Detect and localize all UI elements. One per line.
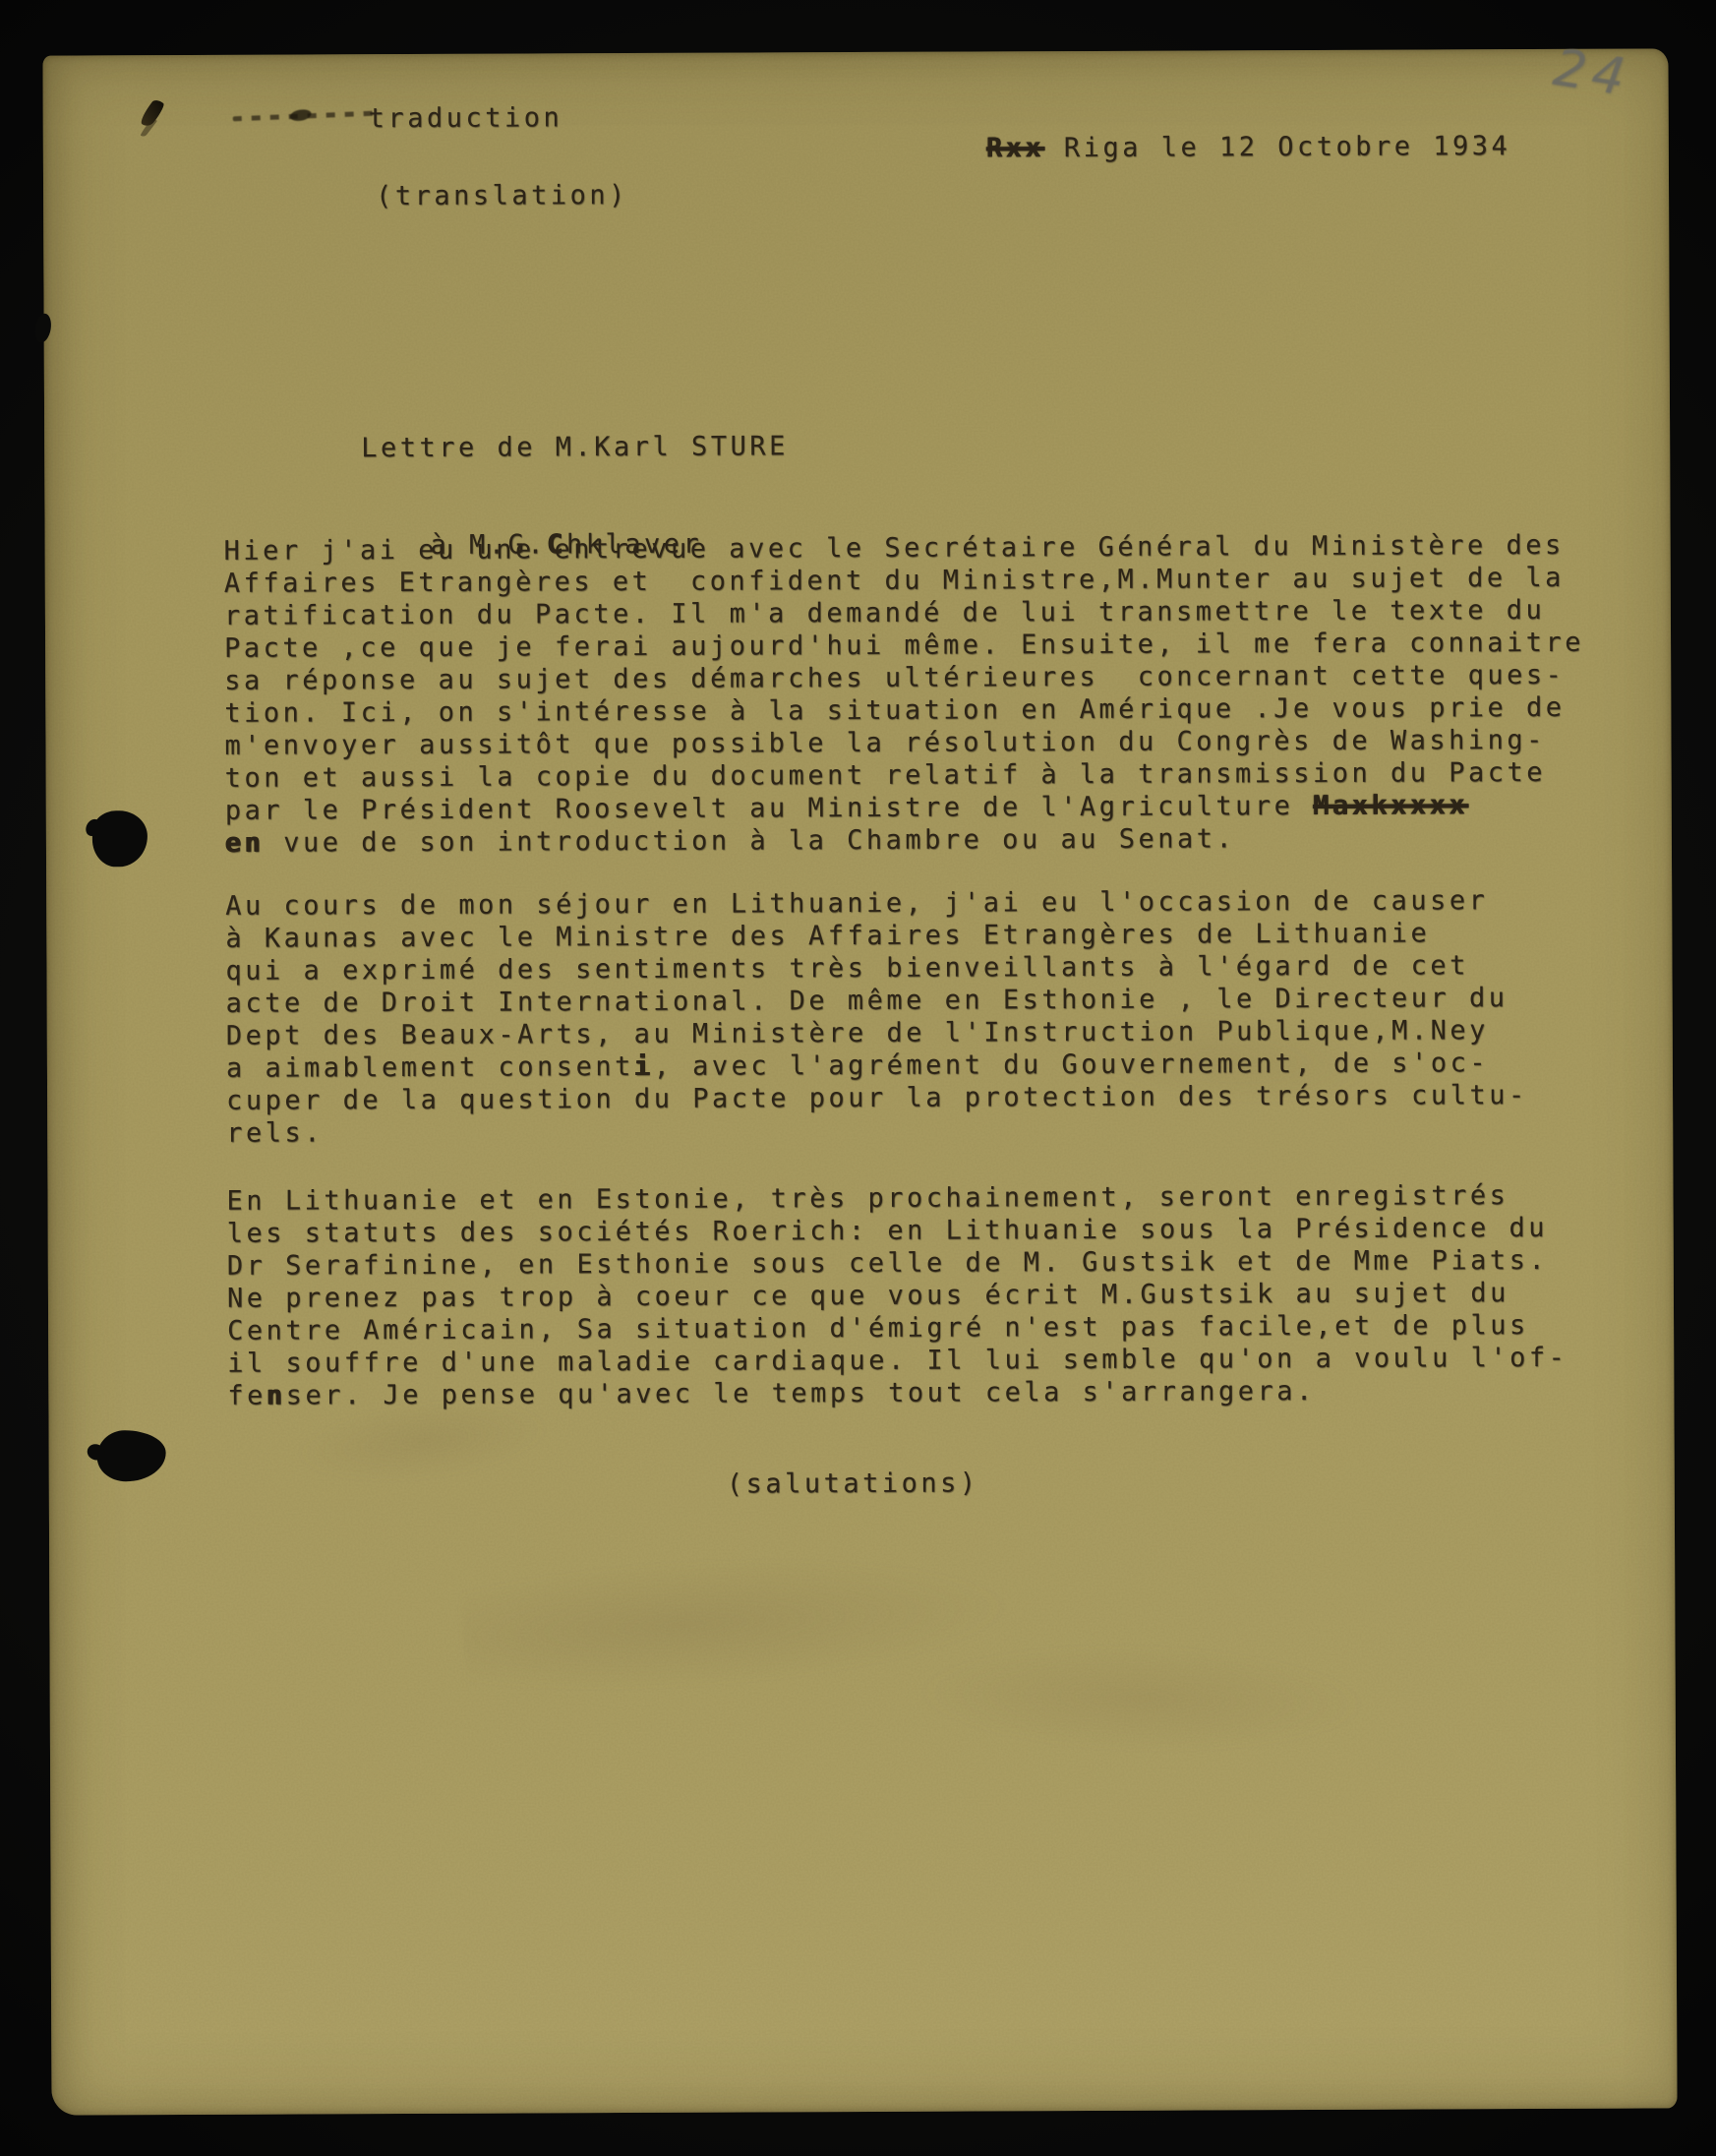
header-label-traduction: traduction: [369, 101, 563, 135]
struck-out-text: Maxkxxxx: [1313, 790, 1468, 821]
text-segment: Dept des Beaux-Arts, au Ministère de l'I…: [226, 1015, 1489, 1051]
text-segment: Hier j'ai eu une entrevue avec le Secrét…: [224, 530, 1565, 567]
text-segment: cuper de la question du Pacte pour la pr…: [226, 1080, 1528, 1116]
text-segment: par le Président Roosevelt au Ministre d…: [225, 791, 1313, 826]
text-segment: ratification du Pacte. Il m'a demandé de…: [224, 595, 1545, 631]
text-segment: tion. Ici, on s'intéresse à la situation…: [224, 692, 1565, 729]
dateline: Rxx Riga le 12 Octobre 1934: [986, 130, 1511, 164]
punch-hole-top: [92, 810, 148, 867]
text-line: par le Président Roosevelt au Ministre d…: [225, 789, 1585, 827]
text-segment: les statuts des sociétés Roerich: en Lit…: [227, 1213, 1548, 1249]
dateline-text: Riga le 12 Octobre 1934: [1044, 131, 1510, 163]
text-segment: qui a exprimé des sentiments très bienve…: [225, 950, 1468, 987]
header-label-translation: (translation): [376, 179, 628, 212]
paper-edge-nick: [32, 312, 53, 343]
text-segment: acte de Droit International. De même en …: [226, 983, 1509, 1019]
text-line: il souffre d'une maladie cardiaque. Il l…: [227, 1342, 1568, 1380]
document-page: 24 traduction (translation) Rxx Riga le …: [42, 48, 1677, 2115]
ink-bleedthrough-smudge: [914, 1638, 1369, 1760]
scan-background: 24 traduction (translation) Rxx Riga le …: [0, 0, 1716, 2156]
text-segment: ton et aussi la copie du document relati…: [225, 757, 1546, 794]
paragraph-3: En Lithuanie et en Estonie, très prochai…: [226, 1179, 1568, 1412]
closing-salutations: (salutations): [727, 1467, 979, 1500]
text-segment: Ne prenez pas trop à coeur ce que vous é…: [227, 1278, 1509, 1314]
text-line: rels.: [226, 1111, 1528, 1150]
letter-title-line1: Lettre de M.Karl STURE: [361, 430, 789, 464]
paragraph-2: Au cours de mon séjour en Lithuanie, j'a…: [225, 884, 1528, 1150]
text-line: cuper de la question du Pacte pour la pr…: [226, 1079, 1528, 1117]
paragraph-1: Hier j'ai eu une entrevue avec le Secrét…: [224, 529, 1585, 860]
text-segment: En Lithuanie et en Estonie, très prochai…: [226, 1180, 1509, 1217]
handwritten-page-number: 24: [1550, 38, 1676, 115]
text-segment: ser. Je pense qu'avec le temps tout cela…: [286, 1376, 1316, 1411]
ink-bleedthrough-smudge: [459, 1542, 1016, 1702]
text-segment: m'envoyer aussitôt que possible la résol…: [224, 725, 1545, 761]
text-line: fenser. Je pense qu'avec le temps tout c…: [227, 1374, 1568, 1412]
overstruck-text: i: [634, 1051, 654, 1082]
punch-hole-bottom: [97, 1430, 166, 1481]
overstruck-text: en: [225, 828, 265, 859]
text-segment: Centre Américain, Sa situation d'émigré …: [227, 1310, 1529, 1347]
dateline-struck-word: Rxx: [986, 133, 1044, 163]
text-segment: Affaires Etrangères et confident du Mini…: [224, 563, 1565, 599]
text-segment: Dr Serafinine, en Esthonie sous celle de…: [227, 1245, 1548, 1282]
text-segment: Au cours de mon séjour en Lithuanie, j'a…: [225, 885, 1488, 922]
text-segment: vue de son introduction à la Chambre ou …: [264, 823, 1235, 858]
pen-mark: [138, 97, 166, 129]
text-segment: sa réponse au sujet des démarches ultéri…: [224, 660, 1565, 696]
text-segment: , avec l'agrément du Gouvernement, de s'…: [654, 1048, 1490, 1082]
text-segment: fe: [227, 1381, 266, 1411]
text-segment: il souffre d'une maladie cardiaque. Il l…: [227, 1343, 1568, 1379]
text-segment: à Kaunas avec le Ministre des Affaires E…: [225, 918, 1430, 953]
text-line: en vue de son introduction à la Chambre …: [225, 821, 1585, 860]
text-segment: a aimablement consent: [226, 1051, 634, 1084]
overstruck-text: n: [266, 1381, 286, 1411]
pencil-scribble: [233, 111, 379, 122]
text-segment: rels.: [226, 1117, 324, 1148]
text-segment: Pacte ,ce que je ferai aujourd'hui même.…: [224, 628, 1584, 664]
